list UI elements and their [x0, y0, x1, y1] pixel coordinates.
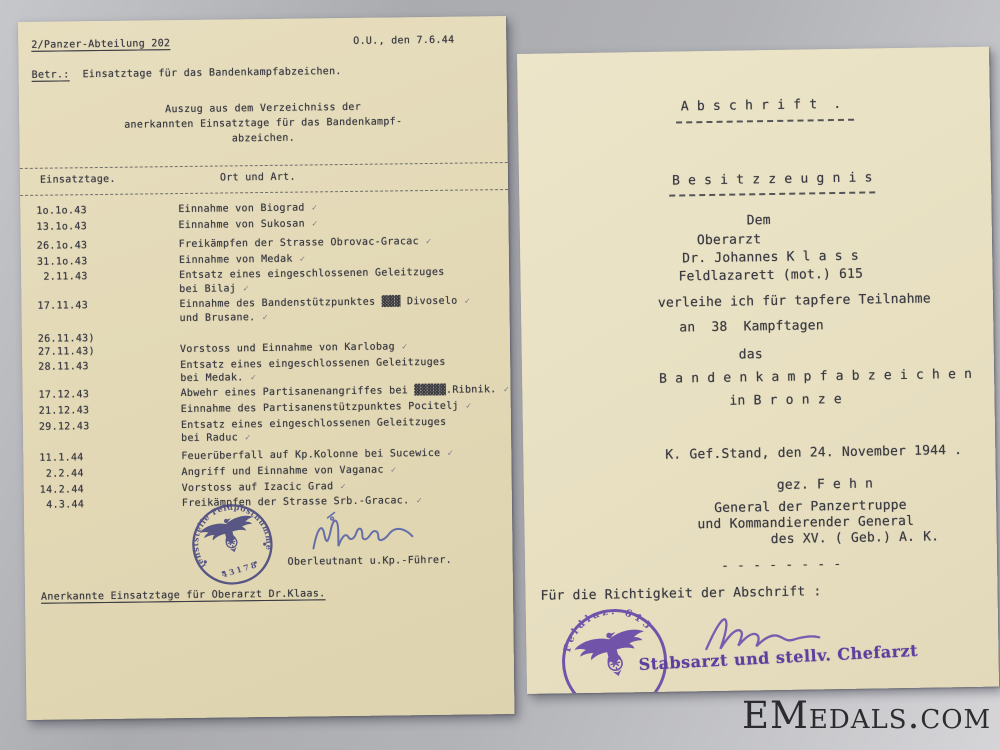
- line-name: Dr. Johannes K l a s s: [682, 249, 859, 267]
- signed-line: gez. F e h n: [777, 476, 874, 493]
- row-entry: Vorstoss auf Izacic Grad✓: [182, 480, 346, 496]
- heading-abschrift: A b s c h r i f t .: [681, 97, 842, 115]
- row-date: 17.12.43: [38, 387, 180, 402]
- check-mark: ✓: [466, 402, 472, 412]
- left-doc-subtitle: Auszug aus dem Verzeichniss der anerkann…: [59, 101, 467, 147]
- signer-title-3: des XV. ( Geb.) A. K.: [771, 529, 940, 547]
- award-grade: in B r o n z e: [729, 392, 842, 409]
- row-entry: Feuerüberfall auf Kp.Kolonne bei Sucewic…: [181, 447, 453, 465]
- subtitle-line-3: abzeichen.: [59, 131, 467, 147]
- row-date: 26.1o.43: [37, 238, 179, 253]
- signature-caption: Oberleutnant u.Kp.-Führer.: [288, 555, 452, 568]
- table-row: 17.11.43Einnahme des Bandenstützpunktes …: [37, 294, 501, 328]
- separator-dashes: - - - - - - - -: [721, 557, 842, 574]
- feldlazarett-stamp: Feldlaz. 615: [546, 593, 683, 694]
- check-mark: ✓: [464, 297, 470, 307]
- row-date: 31.1o.43: [37, 254, 179, 269]
- officer-signature: [307, 509, 420, 560]
- check-mark: ✓: [312, 203, 318, 213]
- row-entry: Einnahme von Medak✓: [179, 252, 305, 268]
- check-mark: ✓: [251, 373, 257, 383]
- check-mark: ✓: [300, 254, 306, 264]
- row-date: 26.11.43)27.11.43): [38, 331, 180, 359]
- line-unit: Feldlazarett (mot.) 615: [678, 267, 863, 285]
- row-date: 4.3.44: [40, 497, 182, 512]
- betreff-label: Betr.:: [32, 69, 70, 80]
- row-date: 21.12.43: [39, 403, 181, 418]
- check-mark: ✓: [504, 385, 510, 395]
- table-row: 2.11.43Entsatz eines eingeschlossenen Ge…: [37, 265, 501, 298]
- row-entry: Entsatz eines eingeschlossenen Geleitzug…: [180, 355, 446, 386]
- row-date: 2.11.43: [37, 269, 179, 284]
- betreff-text: Einsatztage für das Bandenkampfabzeichen…: [83, 66, 342, 80]
- row-entry: Einnahme des Partisanenstützpunktes Poci…: [181, 400, 472, 418]
- check-mark: ✓: [312, 219, 318, 229]
- line-dem: Dem: [747, 213, 771, 228]
- row-date: 11.1.44: [39, 450, 181, 465]
- subtitle-line-1: Auszug aus dem Verzeichniss der: [59, 101, 467, 117]
- title-besitzzeugnis: B e s i t z z e u g n i s: [672, 170, 873, 188]
- table-header-rule: [20, 189, 508, 196]
- subtitle-line-2: anerkannten Einsatztage für das Bandenka…: [59, 116, 467, 132]
- row-date: 1o.1o.43: [36, 203, 178, 218]
- row-entry: Entsatz eines eingeschlossenen Geleitzug…: [181, 416, 447, 447]
- row-entry: Freikämpfen der Strasse Obrovac-Gracac✓: [179, 235, 432, 252]
- line-award-1: verleihe ich für tapfere Teilnahme: [658, 292, 931, 311]
- row-entry: Entsatz eines eingeschlossenen Geleitzug…: [179, 266, 445, 297]
- table-row: 29.12.43Entsatz eines eingeschlossenen G…: [39, 415, 503, 448]
- left-doc-betreff: Betr.:Einsatztage für das Bandenkampfabz…: [32, 66, 342, 81]
- document-left: 2/Panzer-Abteilung 202 O.U., den 7.6.44 …: [18, 16, 514, 720]
- check-mark: ✓: [245, 433, 251, 443]
- check-mark: ✓: [402, 342, 408, 352]
- column-header-dates: Einsatztage.: [40, 174, 116, 186]
- check-mark: ✓: [426, 237, 432, 247]
- row-entry: Einnahme von Sukosan✓: [178, 217, 317, 233]
- check-mark: ✓: [340, 482, 346, 492]
- line-award-2: an 38 Kampftagen: [679, 318, 824, 335]
- row-date: 29.12.43: [39, 419, 181, 434]
- line-rank: Oberarzt: [697, 232, 761, 248]
- title-underline: [669, 191, 875, 196]
- mission-days-table: 1o.1o.43Einnahme von Biograd✓ 13.1o.43Ei…: [36, 199, 504, 515]
- row-entry: Einnahme von Biograd✓: [178, 201, 317, 217]
- column-header-place: Ort und Art.: [220, 172, 296, 184]
- table-top-rule: [20, 162, 508, 169]
- check-mark: ✓: [391, 465, 397, 475]
- table-row: 28.11.43Entsatz eines eingeschlossenen G…: [38, 355, 502, 388]
- certify-line: Für die Richtigkeit der Abschrift :: [540, 584, 821, 603]
- check-mark: ✓: [447, 449, 453, 459]
- row-entry: Einnahme des Bandenstützpunktes ▓▓▓ Divo…: [179, 295, 470, 327]
- signer-title-1: General der Panzertruppe: [714, 498, 907, 516]
- place-date-line: K. Gef.Stand, den 24. November 1944 .: [665, 443, 962, 463]
- watermark: EMedals.com: [742, 694, 991, 737]
- row-date: 28.11.43: [38, 359, 180, 374]
- check-mark: ✓: [416, 496, 422, 506]
- row-date: 14.2.44: [40, 482, 182, 497]
- left-doc-place-date: O.U., den 7.6.44: [353, 35, 454, 47]
- left-doc-unit: 2/Panzer-Abteilung 202: [31, 38, 170, 51]
- document-right: A b s c h r i f t . B e s i t z z e u g …: [517, 47, 999, 694]
- check-mark: ✓: [262, 313, 268, 323]
- row-entry: Vorstoss und Einnahme von Karlobag✓: [180, 340, 407, 357]
- award-name: B a n d e n k a m p f a b z e i c h e n: [659, 367, 972, 387]
- left-doc-footer: Anerkannte Einsatztage für Oberarzt Dr.K…: [41, 588, 326, 602]
- row-date: 13.1o.43: [36, 219, 178, 234]
- heading-underline: [676, 119, 854, 124]
- table-row: 26.11.43)27.11.43)Vorstoss und Einnahme …: [38, 327, 502, 359]
- row-date: 2.2.44: [39, 466, 181, 481]
- row-date: 17.11.43: [37, 298, 179, 313]
- row-entry: Angriff und Einnahme von Vaganac✓: [181, 463, 396, 480]
- check-mark: ✓: [243, 284, 249, 294]
- line-award-3: das: [739, 347, 763, 362]
